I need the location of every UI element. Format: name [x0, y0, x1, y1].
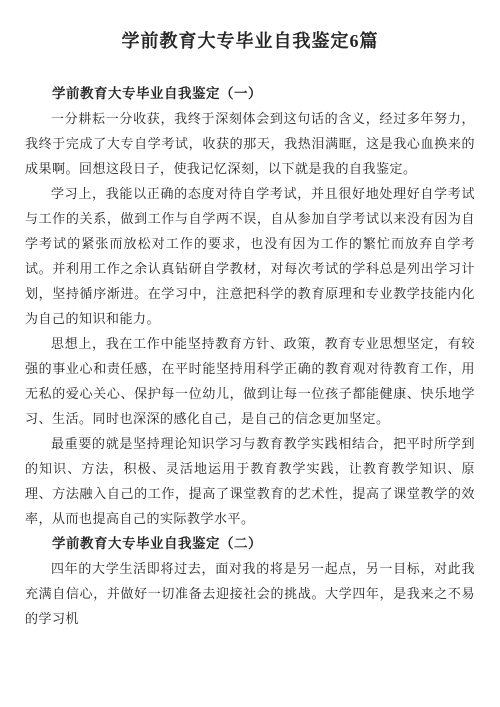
section-1-paragraph-3: 思想上，我在工作中能坚持教育方针、政策，教育专业思想坚定，有较强的事业心和责任感…	[25, 331, 475, 431]
section-2-heading: 学前教育大专毕业自我鉴定（二）	[25, 531, 475, 556]
section-1-paragraph-4: 最重要的就是坚持理论知识学习与教育教学实践相结合，把平时所学到的知识、方法，积极…	[25, 431, 475, 531]
section-1-heading: 学前教育大专毕业自我鉴定（一）	[25, 81, 475, 106]
document-page: 学前教育大专毕业自我鉴定6篇 学前教育大专毕业自我鉴定（一） 一分耕耘一分收获，…	[0, 0, 500, 707]
section-1-paragraph-1: 一分耕耘一分收获，我终于深刻体会到这句话的含义，经过多年努力，我终于完成了大专自…	[25, 106, 475, 181]
document-title: 学前教育大专毕业自我鉴定6篇	[25, 28, 475, 54]
section-1-paragraph-2: 学习上，我能以正确的态度对待自学考试，并且很好地处理好自学考试与工作的关系，做到…	[25, 181, 475, 331]
section-2-paragraph-1: 四年的大学生活即将过去，面对我的将是另一起点，另一目标，对此我充满自信心，并做好…	[25, 556, 475, 631]
